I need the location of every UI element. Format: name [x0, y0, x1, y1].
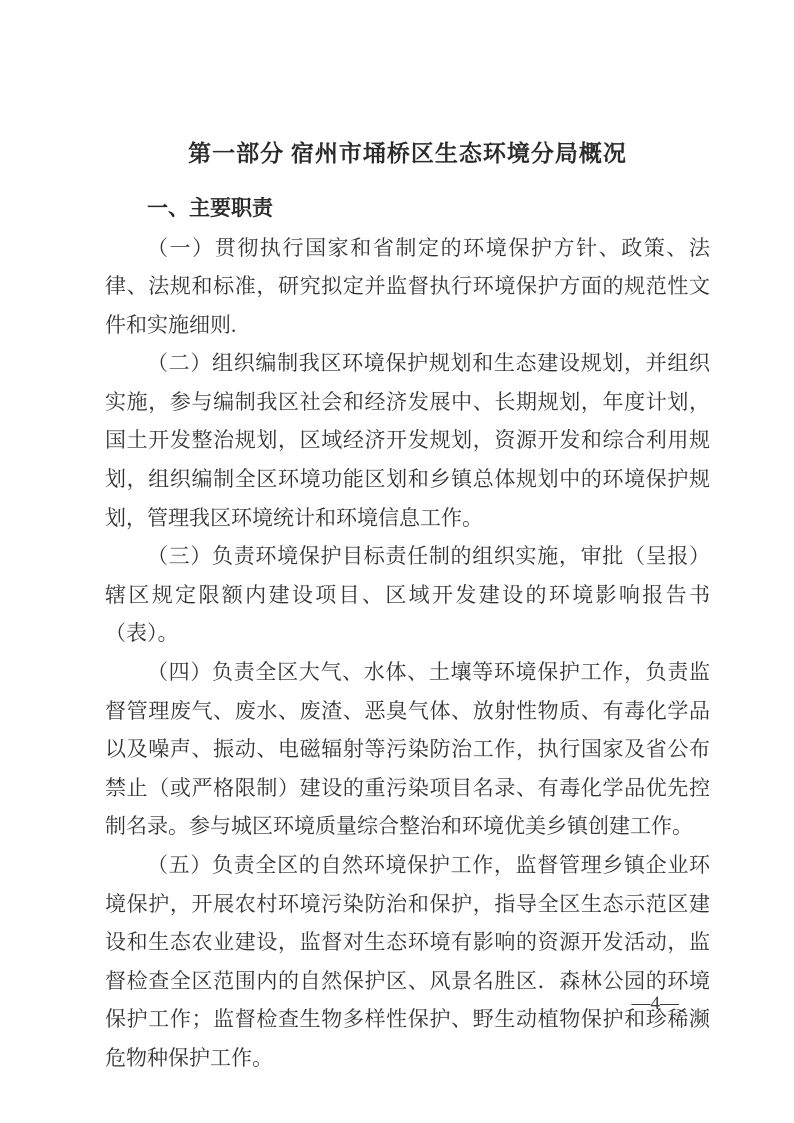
- page-number: —4—: [632, 993, 680, 1015]
- document-page: 第一部分 宿州市埇桥区生态环境分局概况 一、主要职责 （一）贯彻执行国家和省制定…: [0, 0, 794, 1123]
- paragraph-4: （四）负责全区大气、水体、土壤等环境保护工作，负责监督管理废气、废水、废渣、恶臭…: [105, 653, 710, 846]
- section-heading: 一、主要职责: [105, 190, 710, 229]
- paragraph-1: （一）贯彻执行国家和省制定的环境保护方针、政策、法律、法规和标准，研究拟定并监督…: [105, 229, 710, 345]
- document-body: （一）贯彻执行国家和省制定的环境保护方针、政策、法律、法规和标准，研究拟定并监督…: [105, 229, 710, 1078]
- paragraph-2: （二）组织编制我区环境保护规划和生态建设规划，并组织实施，参与编制我区社会和经济…: [105, 344, 710, 537]
- paragraph-3: （三）负责环境保护目标责任制的组织实施，审批（呈报）辖区规定限额内建设项目、区域…: [105, 537, 710, 653]
- page-title: 第一部分 宿州市埇桥区生态环境分局概况: [105, 138, 710, 170]
- paragraph-5: （五）负责全区的自然环境保护工作，监督管理乡镇企业环境保护，开展农村环境污染防治…: [105, 846, 710, 1078]
